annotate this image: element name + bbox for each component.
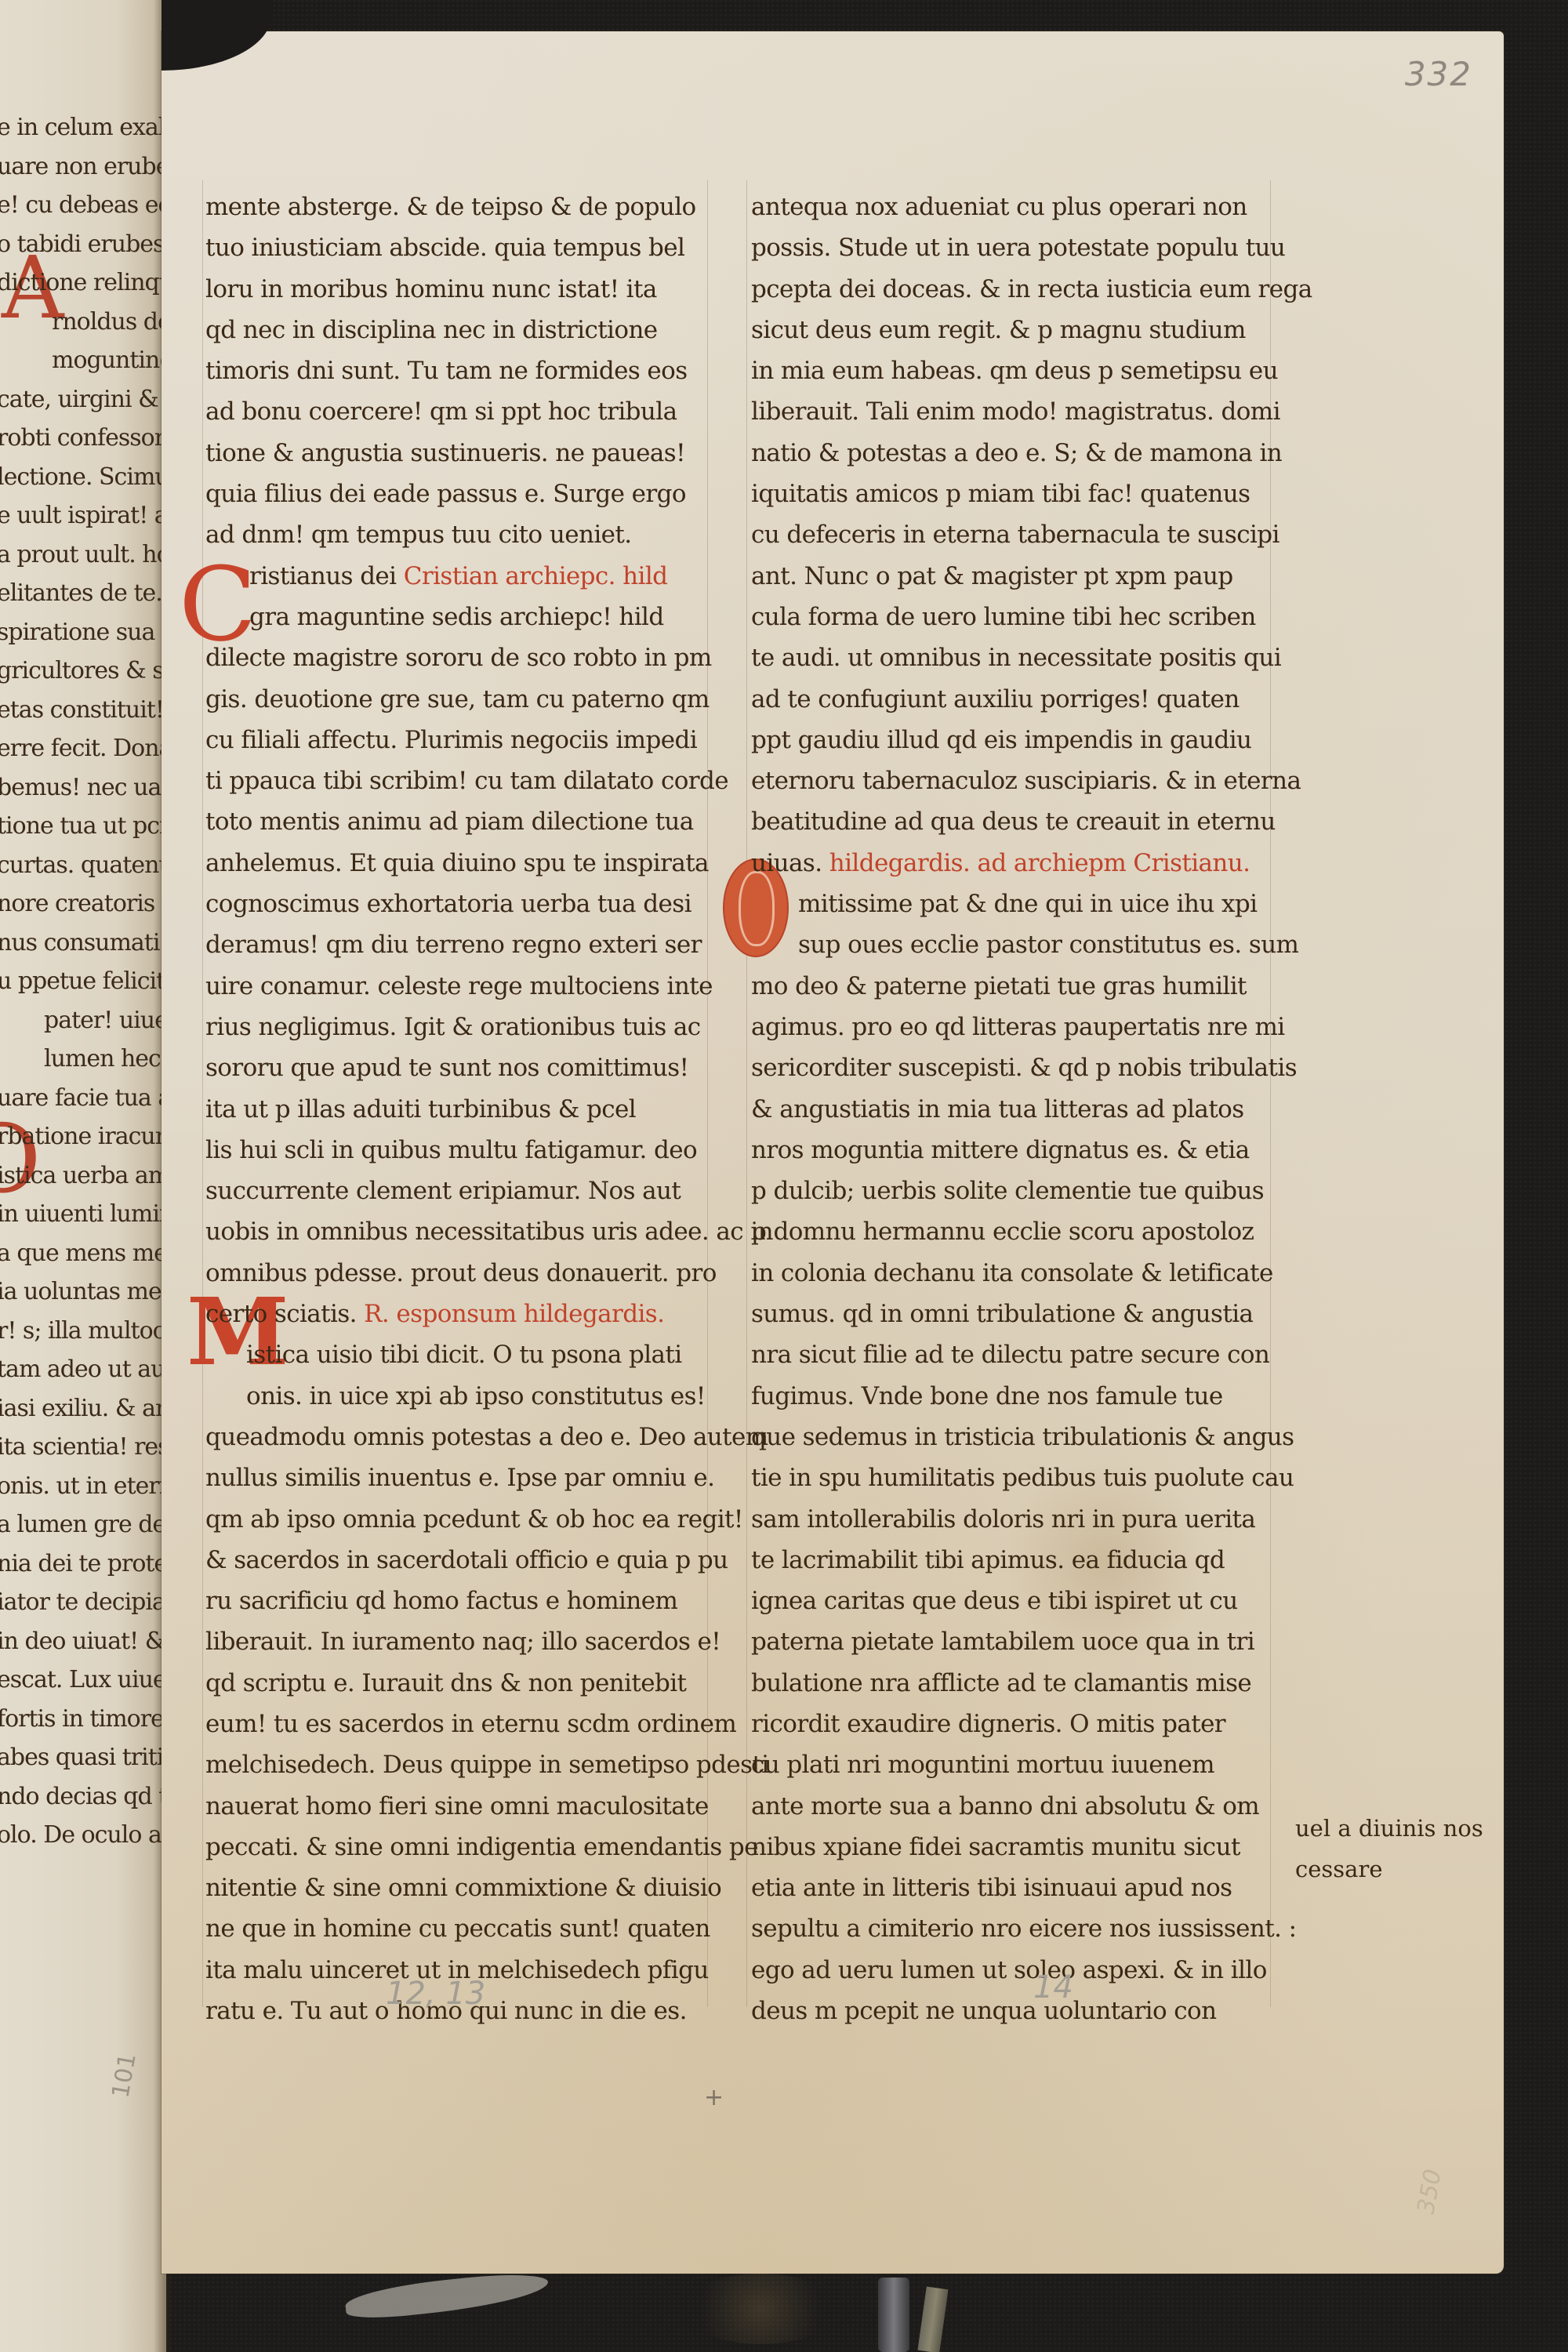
text-line: antequa nox adueniat cu plus operari non — [751, 187, 1269, 227]
text-line: deus m pcepit ne unqua uoluntario con — [751, 1991, 1269, 2031]
text-line: nullus similis inuentus e. Ipse par omni… — [205, 1457, 707, 1498]
line-text: succurrente clement eripiamur. Nos aut — [205, 1177, 681, 1205]
line-text: uire conamur. celeste rege multociens in… — [205, 972, 713, 1000]
text-line: uobis in omnibus necessitatibus uris ade… — [205, 1211, 707, 1252]
line-text: nullus similis inuentus e. Ipse par omni… — [205, 1464, 714, 1492]
facing-text-line: u ppetue felicitatis haber — [0, 962, 162, 1001]
line-text: agimus. pro eo qd litteras paupertatis n… — [751, 1013, 1285, 1041]
text-line: tuo iniusticiam abscide. quia tempus bel — [205, 227, 707, 268]
ruling-line — [202, 180, 203, 2007]
text-line: nitentie & sine omni commixtione & diuis… — [205, 1867, 707, 1908]
line-text: ru sacrificiu qd homo factus e hominem — [205, 1587, 677, 1615]
line-text: nra sicut filie ad te dilectu patre secu… — [751, 1341, 1269, 1369]
text-line: sepultu a cimiterio nro eicere nos iussi… — [751, 1908, 1269, 1949]
line-text: tuo iniusticiam abscide. quia tempus bel — [205, 234, 684, 262]
text-line: dilecte magistre sororu de sco robto in … — [205, 637, 707, 678]
text-line: p domnu hermannu ecclie scoru apostoloz — [751, 1211, 1269, 1252]
line-text: sepultu a cimiterio nro eicere nos iussi… — [751, 1915, 1296, 1943]
line-text: p domnu hermannu ecclie scoru apostoloz — [751, 1218, 1254, 1246]
line-text: ricordit exaudire digneris. O mitis pate… — [751, 1710, 1225, 1738]
line-text: sumus. qd in omni tribulatione & angusti… — [751, 1300, 1253, 1328]
facing-text-line: in deo uiuat! & uiriditas — [0, 1622, 162, 1661]
line-text: te audi. ut omnibus in necessitate posit… — [751, 644, 1281, 672]
text-line: certo sciatis. R. esponsum hildegardis. — [205, 1294, 707, 1334]
facing-text-line: uare non erubescis in de — [0, 147, 162, 187]
line-text: ignea caritas que deus e tibi ispiret ut… — [751, 1587, 1238, 1615]
line-text: deramus! qm diu terreno regno exteri ser — [205, 931, 702, 959]
ruling-line — [746, 180, 747, 2007]
line-text: paterna pietate lamtabilem uoce qua in t… — [751, 1628, 1254, 1656]
facing-text-line: iator te decipiat. Hunc — [0, 1583, 162, 1622]
text-line: ristianus dei Cristian archiepc. hild — [205, 556, 707, 597]
line-text: tie in spu humilitatis pedibus tuis puol… — [751, 1464, 1294, 1492]
facing-text-line: gricultores & siccomoros — [0, 652, 162, 691]
facing-text-line: bemus! nec ualemus. Rog — [0, 768, 162, 808]
pencil-note-right: 14 — [1033, 1969, 1073, 2005]
line-text: ristianus dei — [249, 562, 404, 590]
text-line: & sacerdos in sacerdotali officio e quia… — [205, 1540, 707, 1581]
facing-text-line: iasi exiliu. & anima tua — [0, 1389, 162, 1428]
line-text: istica uisio tibi dicit. O tu psona plat… — [246, 1341, 682, 1369]
line-text: eternoru tabernaculoz suscipiaris. & in … — [751, 767, 1301, 795]
text-line: ad bonu coercere! qm si ppt hoc tribula — [205, 391, 707, 432]
text-line: agimus. pro eo qd litteras paupertatis n… — [751, 1007, 1269, 1047]
line-text: etia ante in litteris tibi isinuaui apud… — [751, 1874, 1232, 1902]
text-line: cu filiali affectu. Plurimis negociis im… — [205, 720, 707, 760]
facing-text-line: a prout uult. hoc aut dico — [0, 535, 162, 575]
line-text: nibus xpiane fidei sacramtis munitu sicu… — [751, 1833, 1240, 1861]
facing-text-line: e! cu debeas ee in putrede — [0, 186, 162, 225]
facing-text-line: olo. De oculo aut — [0, 1816, 162, 1855]
text-line: nra sicut filie ad te dilectu patre secu… — [751, 1334, 1269, 1375]
line-text: gis. deuotione gre sue, tam cu paterno q… — [205, 685, 710, 713]
text-line: fugimus. Vnde bone dne nos famule tue — [751, 1376, 1269, 1417]
line-text: peccati. & sine omni indigentia emendant… — [205, 1833, 758, 1861]
text-line: loru in moribus hominu nunc istat! ita — [205, 269, 707, 310]
line-text: te lacrimabilit tibi apimus. ea fiducia … — [751, 1546, 1225, 1574]
folio-number: 332 — [1405, 55, 1472, 93]
text-line: sumus. qd in omni tribulatione & angusti… — [751, 1294, 1269, 1334]
text-line: gra maguntine sedis archiepc! hild — [205, 597, 707, 637]
line-text: anhelemus. Et quia diuino spu te inspira… — [205, 849, 709, 877]
text-line: possis. Stude ut in uera potestate popul… — [751, 227, 1269, 268]
line-text: antequa nox adueniat cu plus operari non — [751, 193, 1247, 221]
text-line: lis hui scli in quibus multu fatigamur. … — [205, 1130, 707, 1171]
text-line: etia ante in litteris tibi isinuaui apud… — [751, 1867, 1269, 1908]
rubric-heading: R. esponsum hildegardis. — [364, 1300, 664, 1328]
text-line: qd scriptu e. Iurauit dns & non penitebi… — [205, 1663, 707, 1704]
facing-text-line: curtas. quatenus dies nri — [0, 846, 162, 885]
text-line: queadmodu omnis potestas a deo e. Deo au… — [205, 1417, 707, 1457]
facing-text-line: elitantes de te. Nam quid — [0, 574, 162, 613]
facing-text-line: ita scientia! respiciens — [0, 1428, 162, 1467]
facing-text-line: moguntine sedis archiep — [0, 341, 162, 380]
text-line: ego ad ueru lumen ut soleo aspexi. & in … — [751, 1950, 1269, 1991]
line-text: bulatione nra afflicte ad te clamantis m… — [751, 1669, 1251, 1697]
water-stain — [682, 2274, 839, 2344]
left-text-column: mente absterge. & de teipso & de populot… — [205, 187, 707, 2031]
line-text: sup oues ecclie pastor constitutus es. s… — [798, 931, 1298, 959]
text-line: que sedemus in tristicia tribulationis &… — [751, 1417, 1269, 1457]
text-line: cu plati nri moguntini mortuu iuuenem — [751, 1744, 1269, 1785]
line-text: ita ut p illas aduiti turbinibus & pcel — [205, 1095, 636, 1123]
rubric-heading: Cristian archiepc. hild — [404, 562, 668, 590]
text-line: omnibus pdesse. prout deus donauerit. pr… — [205, 1253, 707, 1294]
line-text: cu defeceris in eterna tabernacula te su… — [751, 521, 1279, 549]
facing-text-line: lectione. Scimus quia spc — [0, 458, 162, 497]
text-line: succurrente clement eripiamur. Nos aut — [205, 1171, 707, 1211]
line-text: quia filius dei eade passus e. Surge erg… — [205, 480, 686, 508]
facing-text-line: ndo decias qd tibi — [0, 1777, 162, 1817]
text-line: iquitatis amicos p miam tibi fac! quaten… — [751, 474, 1269, 514]
text-line: liberauit. In iuramento naq; illo sacerd… — [205, 1621, 707, 1662]
text-line: deramus! qm diu terreno regno exteri ser — [205, 924, 707, 965]
facing-text-line: nia dei te protegat! ita — [0, 1544, 162, 1584]
text-line: cula forma de uero lumine tibi hec scrib… — [751, 597, 1269, 637]
facing-text-line: erre fecit. Dona ergo dei — [0, 729, 162, 768]
text-line: rius negligimus. Igit & orationibus tuis… — [205, 1007, 707, 1047]
facing-text-line: e in celum exaltauerunt — [0, 108, 162, 147]
line-text: gra maguntine sedis archiepc! hild — [249, 603, 664, 631]
text-line: ad te confugiunt auxiliu porriges! quate… — [751, 679, 1269, 720]
text-line: ita ut p illas aduiti turbinibus & pcel — [205, 1089, 707, 1130]
text-line: ante morte sua a banno dni absolutu & om — [751, 1786, 1269, 1827]
line-text: nitentie & sine omni commixtione & diuis… — [205, 1874, 721, 1902]
line-text: toto mentis animu ad piam dilectione tua — [205, 808, 694, 836]
text-line: uiuas. hildegardis. ad archiepm Cristian… — [751, 843, 1269, 884]
line-text: sororu que apud te sunt nos comittimus! — [205, 1054, 688, 1082]
line-text: eum! tu es sacerdos in eternu scdm ordin… — [205, 1710, 736, 1738]
line-text: pcepta dei doceas. & in recta iusticia e… — [751, 275, 1312, 303]
facing-text-line: ia uoluntas mea non — [0, 1272, 162, 1312]
line-text: nros moguntia mittere dignatus es. & eti… — [751, 1136, 1250, 1164]
text-line: paterna pietate lamtabilem uoce qua in t… — [751, 1621, 1269, 1662]
text-line: in colonia dechanu ita consolate & letif… — [751, 1253, 1269, 1294]
text-line: in mia eum habeas. qm deus p semetipsu e… — [751, 350, 1269, 391]
text-line: bulatione nra afflicte ad te clamantis m… — [751, 1663, 1269, 1704]
facing-text-line: o tabidi erubescant. Tu — [0, 225, 162, 264]
text-line: natio & potestas a deo e. S; & de mamona… — [751, 433, 1269, 474]
line-text: lis hui scli in quibus multu fatigamur. … — [205, 1136, 697, 1164]
line-text: melchisedech. Deus quippe in semetipso p… — [205, 1751, 769, 1779]
line-text: iquitatis amicos p miam tibi fac! quaten… — [751, 480, 1250, 508]
line-text: beatitudine ad qua deus te creauit in et… — [751, 808, 1276, 836]
text-line: tione & angustia sustinueris. ne paueas! — [205, 433, 707, 474]
text-line: timoris dni sunt. Tu tam ne formides eos — [205, 350, 707, 391]
text-line: qm ab ipso omnia pcedunt & ob hoc ea reg… — [205, 1499, 707, 1540]
line-text: mo deo & paterne pietati tue gras humili… — [751, 972, 1247, 1000]
line-text: uiuas. — [751, 849, 829, 877]
line-text: uobis in omnibus necessitatibus uris ade… — [205, 1218, 773, 1246]
line-text: certo sciatis. — [205, 1300, 364, 1328]
line-text: nauerat homo fieri sine omni maculositat… — [205, 1792, 709, 1820]
facing-text-line: escat. Lux uiuens tibi — [0, 1661, 162, 1700]
text-line: ti ppauca tibi scribim! cu tam dilatato … — [205, 760, 707, 801]
facing-text-line: spiratione sua te docet. — [0, 613, 162, 652]
text-line: sicut deus eum regit. & p magnu studium — [751, 310, 1269, 350]
text-line: ru sacrificiu qd homo factus e hominem — [205, 1581, 707, 1621]
text-line: istica uisio tibi dicit. O tu psona plat… — [205, 1334, 707, 1375]
text-line: quia filius dei eade passus e. Surge erg… — [205, 474, 707, 514]
line-text: loru in moribus hominu nunc istat! ita — [205, 275, 657, 303]
line-text: que sedemus in tristicia tribulationis &… — [751, 1423, 1294, 1451]
line-text: natio & potestas a deo e. S; & de mamona… — [751, 439, 1282, 467]
facing-text-line: cate, uirgini & magistre — [0, 380, 162, 419]
text-line: sam intollerabilis doloris nri in pura u… — [751, 1499, 1269, 1540]
text-line: cu defeceris in eterna tabernacula te su… — [751, 514, 1269, 555]
text-line: qd nec in disciplina nec in districtione — [205, 310, 707, 350]
text-line: ne que in homine cu peccatis sunt! quate… — [205, 1908, 707, 1949]
line-text: liberauit. In iuramento naq; illo sacerd… — [205, 1628, 720, 1656]
marginal-gloss: uel a diuinis nos cessare — [1295, 1808, 1483, 1889]
text-line: mente absterge. & de teipso & de populo — [205, 187, 707, 227]
text-line: sericorditer suscepisti. & qd p nobis tr… — [751, 1047, 1269, 1088]
line-text: liberauit. Tali enim modo! magistratus. … — [751, 397, 1280, 426]
facing-text-line: dictione relinque! ita fu — [0, 263, 162, 303]
text-line: tie in spu humilitatis pedibus tuis puol… — [751, 1457, 1269, 1498]
line-text: & sacerdos in sacerdotali officio e quia… — [205, 1546, 728, 1574]
text-line: nibus xpiane fidei sacramtis munitu sicu… — [751, 1827, 1269, 1867]
facing-text-line: nore creatoris nri salte — [0, 884, 162, 924]
marginal-gloss-line: cessare — [1295, 1849, 1483, 1889]
line-text: ad dnm! qm tempus tuu cito ueniet. — [205, 521, 632, 549]
line-text: p dulcib; uerbis solite clementie tue qu… — [751, 1177, 1264, 1205]
line-text: mente absterge. & de teipso & de populo — [205, 193, 696, 221]
text-line: onis. in uice xpi ab ipso constitutus es… — [205, 1376, 707, 1417]
line-text: cognoscimus exhortatoria uerba tua desi — [205, 890, 691, 918]
facing-text-line: nus consumati uita in long — [0, 924, 162, 963]
text-line: melchisedech. Deus quippe in semetipso p… — [205, 1744, 707, 1785]
marginal-gloss-line: uel a diuinis nos — [1295, 1808, 1483, 1849]
text-line: uire conamur. celeste rege multociens in… — [205, 966, 707, 1007]
facing-text-line: in uiuenti lumine — [0, 1195, 162, 1234]
text-line: gis. deuotione gre sue, tam cu paterno q… — [205, 679, 707, 720]
facing-text-line: pater! uiuens hilde — [0, 1001, 162, 1040]
line-text: rius negligimus. Igit & orationibus tuis… — [205, 1013, 701, 1041]
line-text: ad bonu coercere! qm si ppt hoc tribula — [205, 397, 677, 426]
line-text: timoris dni sunt. Tu tam ne formides eos — [205, 357, 688, 385]
line-text: cu plati nri moguntini mortuu iuuenem — [751, 1751, 1214, 1779]
text-line: eum! tu es sacerdos in eternu scdm ordin… — [205, 1704, 707, 1744]
facing-pencil-note: 101 — [107, 2051, 141, 2100]
facing-text-line: robti confessoris gram fu — [0, 419, 162, 458]
facing-text-line: istica uerba ame non — [0, 1156, 162, 1196]
line-text: & angustiatis in mia tua litteras ad pla… — [751, 1095, 1244, 1123]
line-text: in colonia dechanu ita consolate & letif… — [751, 1259, 1273, 1287]
text-line: & angustiatis in mia tua litteras ad pla… — [751, 1089, 1269, 1130]
pencil-cross-mark: + — [704, 2084, 724, 2111]
line-text: fugimus. Vnde bone dne nos famule tue — [751, 1382, 1223, 1410]
text-line: p dulcib; uerbis solite clementie tue qu… — [751, 1171, 1269, 1211]
line-text: ant. Nunc o pat & magister pt xpm paup — [751, 562, 1233, 590]
line-text: ti ppauca tibi scribim! cu tam dilatato … — [205, 767, 728, 795]
line-text: in mia eum habeas. qm deus p semetipsu e… — [751, 357, 1278, 385]
text-line: beatitudine ad qua deus te creauit in et… — [751, 801, 1269, 842]
line-text: sericorditer suscepisti. & qd p nobis tr… — [751, 1054, 1297, 1082]
facing-page-text: e in celum exaltaueruntuare non erubesci… — [0, 108, 162, 1855]
text-line: toto mentis animu ad piam dilectione tua — [205, 801, 707, 842]
line-text: omnibus pdesse. prout deus donauerit. pr… — [205, 1259, 717, 1287]
text-line: eternoru tabernaculoz suscipiaris. & in … — [751, 760, 1269, 801]
text-line: nros moguntia mittere dignatus es. & eti… — [751, 1130, 1269, 1171]
text-line: te audi. ut omnibus in necessitate posit… — [751, 637, 1269, 678]
text-line: mo deo & paterne pietati tue gras humili… — [751, 966, 1269, 1007]
line-text: possis. Stude ut in uera potestate popul… — [751, 234, 1285, 262]
text-line: anhelemus. Et quia diuino spu te inspira… — [205, 843, 707, 884]
line-text: cu filiali affectu. Plurimis negociis im… — [205, 726, 697, 754]
line-text: cula forma de uero lumine tibi hec scrib… — [751, 603, 1256, 631]
line-text: mitissime pat & dne qui in uice ihu xpi — [798, 890, 1257, 918]
text-line: sup oues ecclie pastor constitutus es. s… — [751, 924, 1269, 965]
text-line: ignea caritas que deus e tibi ispiret ut… — [751, 1581, 1269, 1621]
text-line: ppt gaudiu illud qd eis impendis in gaud… — [751, 720, 1269, 760]
line-text: deus m pcepit ne unqua uoluntario con — [751, 1997, 1217, 2025]
facing-text-line: tam adeo ut auxiliu — [0, 1350, 162, 1389]
rubric-heading: hildegardis. ad archiepm Cristianu. — [829, 849, 1250, 877]
line-text: ante morte sua a banno dni absolutu & om — [751, 1792, 1259, 1820]
text-line: cognoscimus exhortatoria uerba tua desi — [205, 884, 707, 924]
metal-clasp — [878, 2278, 909, 2352]
line-text: tione & angustia sustinueris. ne paueas! — [205, 439, 685, 467]
facing-page-verso: A O e in celum exaltaueruntuare non erub… — [0, 0, 166, 2352]
line-text: ego ad ueru lumen ut soleo aspexi. & in … — [751, 1956, 1267, 1984]
facing-text-line: rnoldus dei gra dus arch — [0, 303, 162, 342]
line-text: qd nec in disciplina nec in districtione — [205, 316, 658, 344]
facing-text-line: a lumen gre dei ante — [0, 1505, 162, 1544]
text-line: nauerat homo fieri sine omni maculositat… — [205, 1786, 707, 1827]
facing-text-line: uare facie tua abscondis — [0, 1079, 162, 1118]
facing-text-line: a que mens mea non — [0, 1234, 162, 1273]
facing-text-line: tione tua ut pcibus tuis ad — [0, 807, 162, 846]
text-line: sororu que apud te sunt nos comittimus! — [205, 1047, 707, 1088]
line-text: qd scriptu e. Iurauit dns & non penitebi… — [205, 1669, 686, 1697]
line-text: ad te confugiunt auxiliu porriges! quate… — [751, 685, 1240, 713]
facing-text-line: fortis in timore meo — [0, 1700, 162, 1739]
line-text: ne que in homine cu peccatis sunt! quate… — [205, 1915, 710, 1943]
line-text: queadmodu omnis potestas a deo e. Deo au… — [205, 1423, 768, 1451]
facing-text-line: abes quasi triticu — [0, 1738, 162, 1777]
text-line: mitissime pat & dne qui in uice ihu xpi — [751, 884, 1269, 924]
facing-text-line: lumen hec uerba mi — [0, 1040, 162, 1079]
text-line: pcepta dei doceas. & in recta iusticia e… — [751, 269, 1269, 310]
line-text: dilecte magistre sororu de sco robto in … — [205, 644, 712, 672]
text-line: ad dnm! qm tempus tuu cito ueniet. — [205, 514, 707, 555]
pencil-note-left: 12, 13 — [386, 1976, 485, 2012]
facing-text-line: onis. ut in eternu uiuat — [0, 1467, 162, 1506]
line-text: ppt gaudiu illud qd eis impendis in gaud… — [751, 726, 1251, 754]
facing-text-line: rbatione iracunde mens — [0, 1117, 162, 1156]
line-text: sam intollerabilis doloris nri in pura u… — [751, 1505, 1255, 1534]
line-text: onis. in uice xpi ab ipso constitutus es… — [246, 1382, 706, 1410]
line-text: sicut deus eum regit. & p magnu studium — [751, 316, 1246, 344]
right-text-column: antequa nox adueniat cu plus operari non… — [751, 187, 1269, 2031]
facing-text-line: e uult ispirat! audiens — [0, 496, 162, 535]
text-line: ant. Nunc o pat & magister pt xpm paup — [751, 556, 1269, 597]
line-text: qm ab ipso omnia pcedunt & ob hoc ea reg… — [205, 1505, 743, 1534]
facing-text-line: r! s; illa multociens — [0, 1312, 162, 1351]
text-line: peccati. & sine omni indigentia emendant… — [205, 1827, 707, 1867]
facing-text-line: etas constituit! & asina hum — [0, 691, 162, 730]
text-line: ricordit exaudire digneris. O mitis pate… — [751, 1704, 1269, 1744]
text-line: te lacrimabilit tibi apimus. ea fiducia … — [751, 1540, 1269, 1581]
text-line: liberauit. Tali enim modo! magistratus. … — [751, 391, 1269, 432]
